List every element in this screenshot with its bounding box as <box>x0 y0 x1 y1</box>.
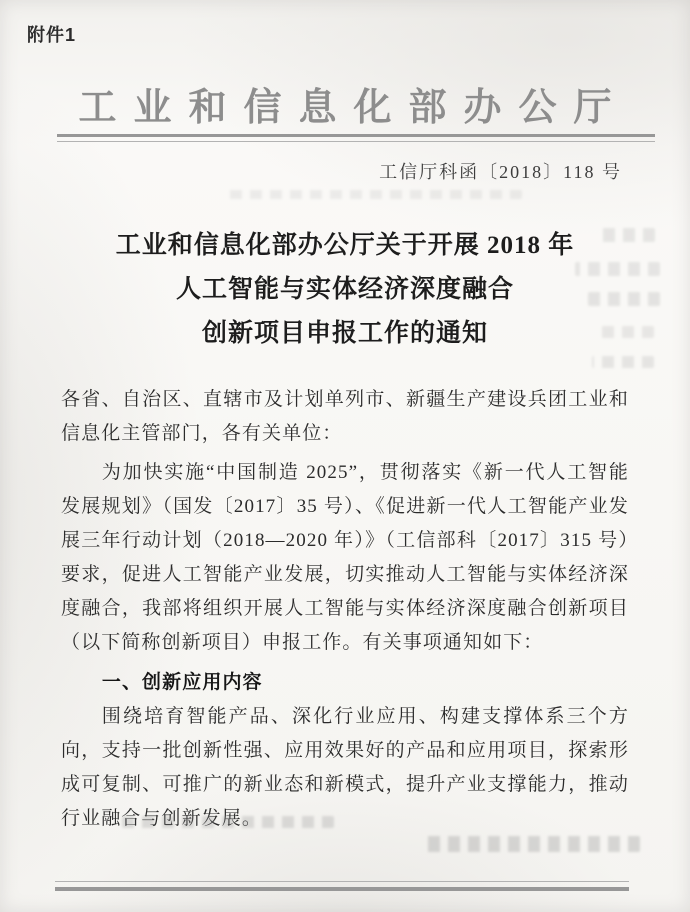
bleedthrough-smudge <box>596 326 654 338</box>
bleedthrough-smudge <box>575 262 660 276</box>
bleedthrough-smudge <box>588 292 660 306</box>
document-body: 各省、自治区、直辖市及计划单列市、新疆生产建设兵团工业和信息化主管部门，各有关单… <box>61 383 629 836</box>
footer-double-rule <box>55 881 629 891</box>
bleedthrough-smudge <box>600 228 655 242</box>
letterhead-agency-name: 工业和信息化部办公厅 <box>0 76 690 131</box>
intro-paragraph: 为加快实施“中国制造 2025”，贯彻落实《新一代人工智能发展规划》（国发〔20… <box>61 456 629 660</box>
attachment-label: 附件1 <box>27 21 76 47</box>
bleedthrough-smudge <box>122 816 334 828</box>
bleedthrough-smudge <box>424 836 640 852</box>
letterhead-double-rule <box>57 134 655 142</box>
bleedthrough-smudge <box>592 356 654 368</box>
document-title-line3: 创新项目申报工作的通知 <box>0 312 690 356</box>
bleedthrough-smudge <box>222 190 522 199</box>
document-reference-number: 工信厅科函〔2018〕118 号 <box>379 158 622 184</box>
section1-heading: 一、创新应用内容 <box>61 666 629 700</box>
salutation: 各省、自治区、直辖市及计划单列市、新疆生产建设兵团工业和信息化主管部门，各有关单… <box>61 383 629 451</box>
scanned-document-page: 附件1 工业和信息化部办公厅 工信厅科函〔2018〕118 号 工业和信息化部办… <box>0 0 690 912</box>
document-title: 工业和信息化部办公厅关于开展 2018 年 人工智能与实体经济深度融合 创新项目… <box>0 224 690 356</box>
